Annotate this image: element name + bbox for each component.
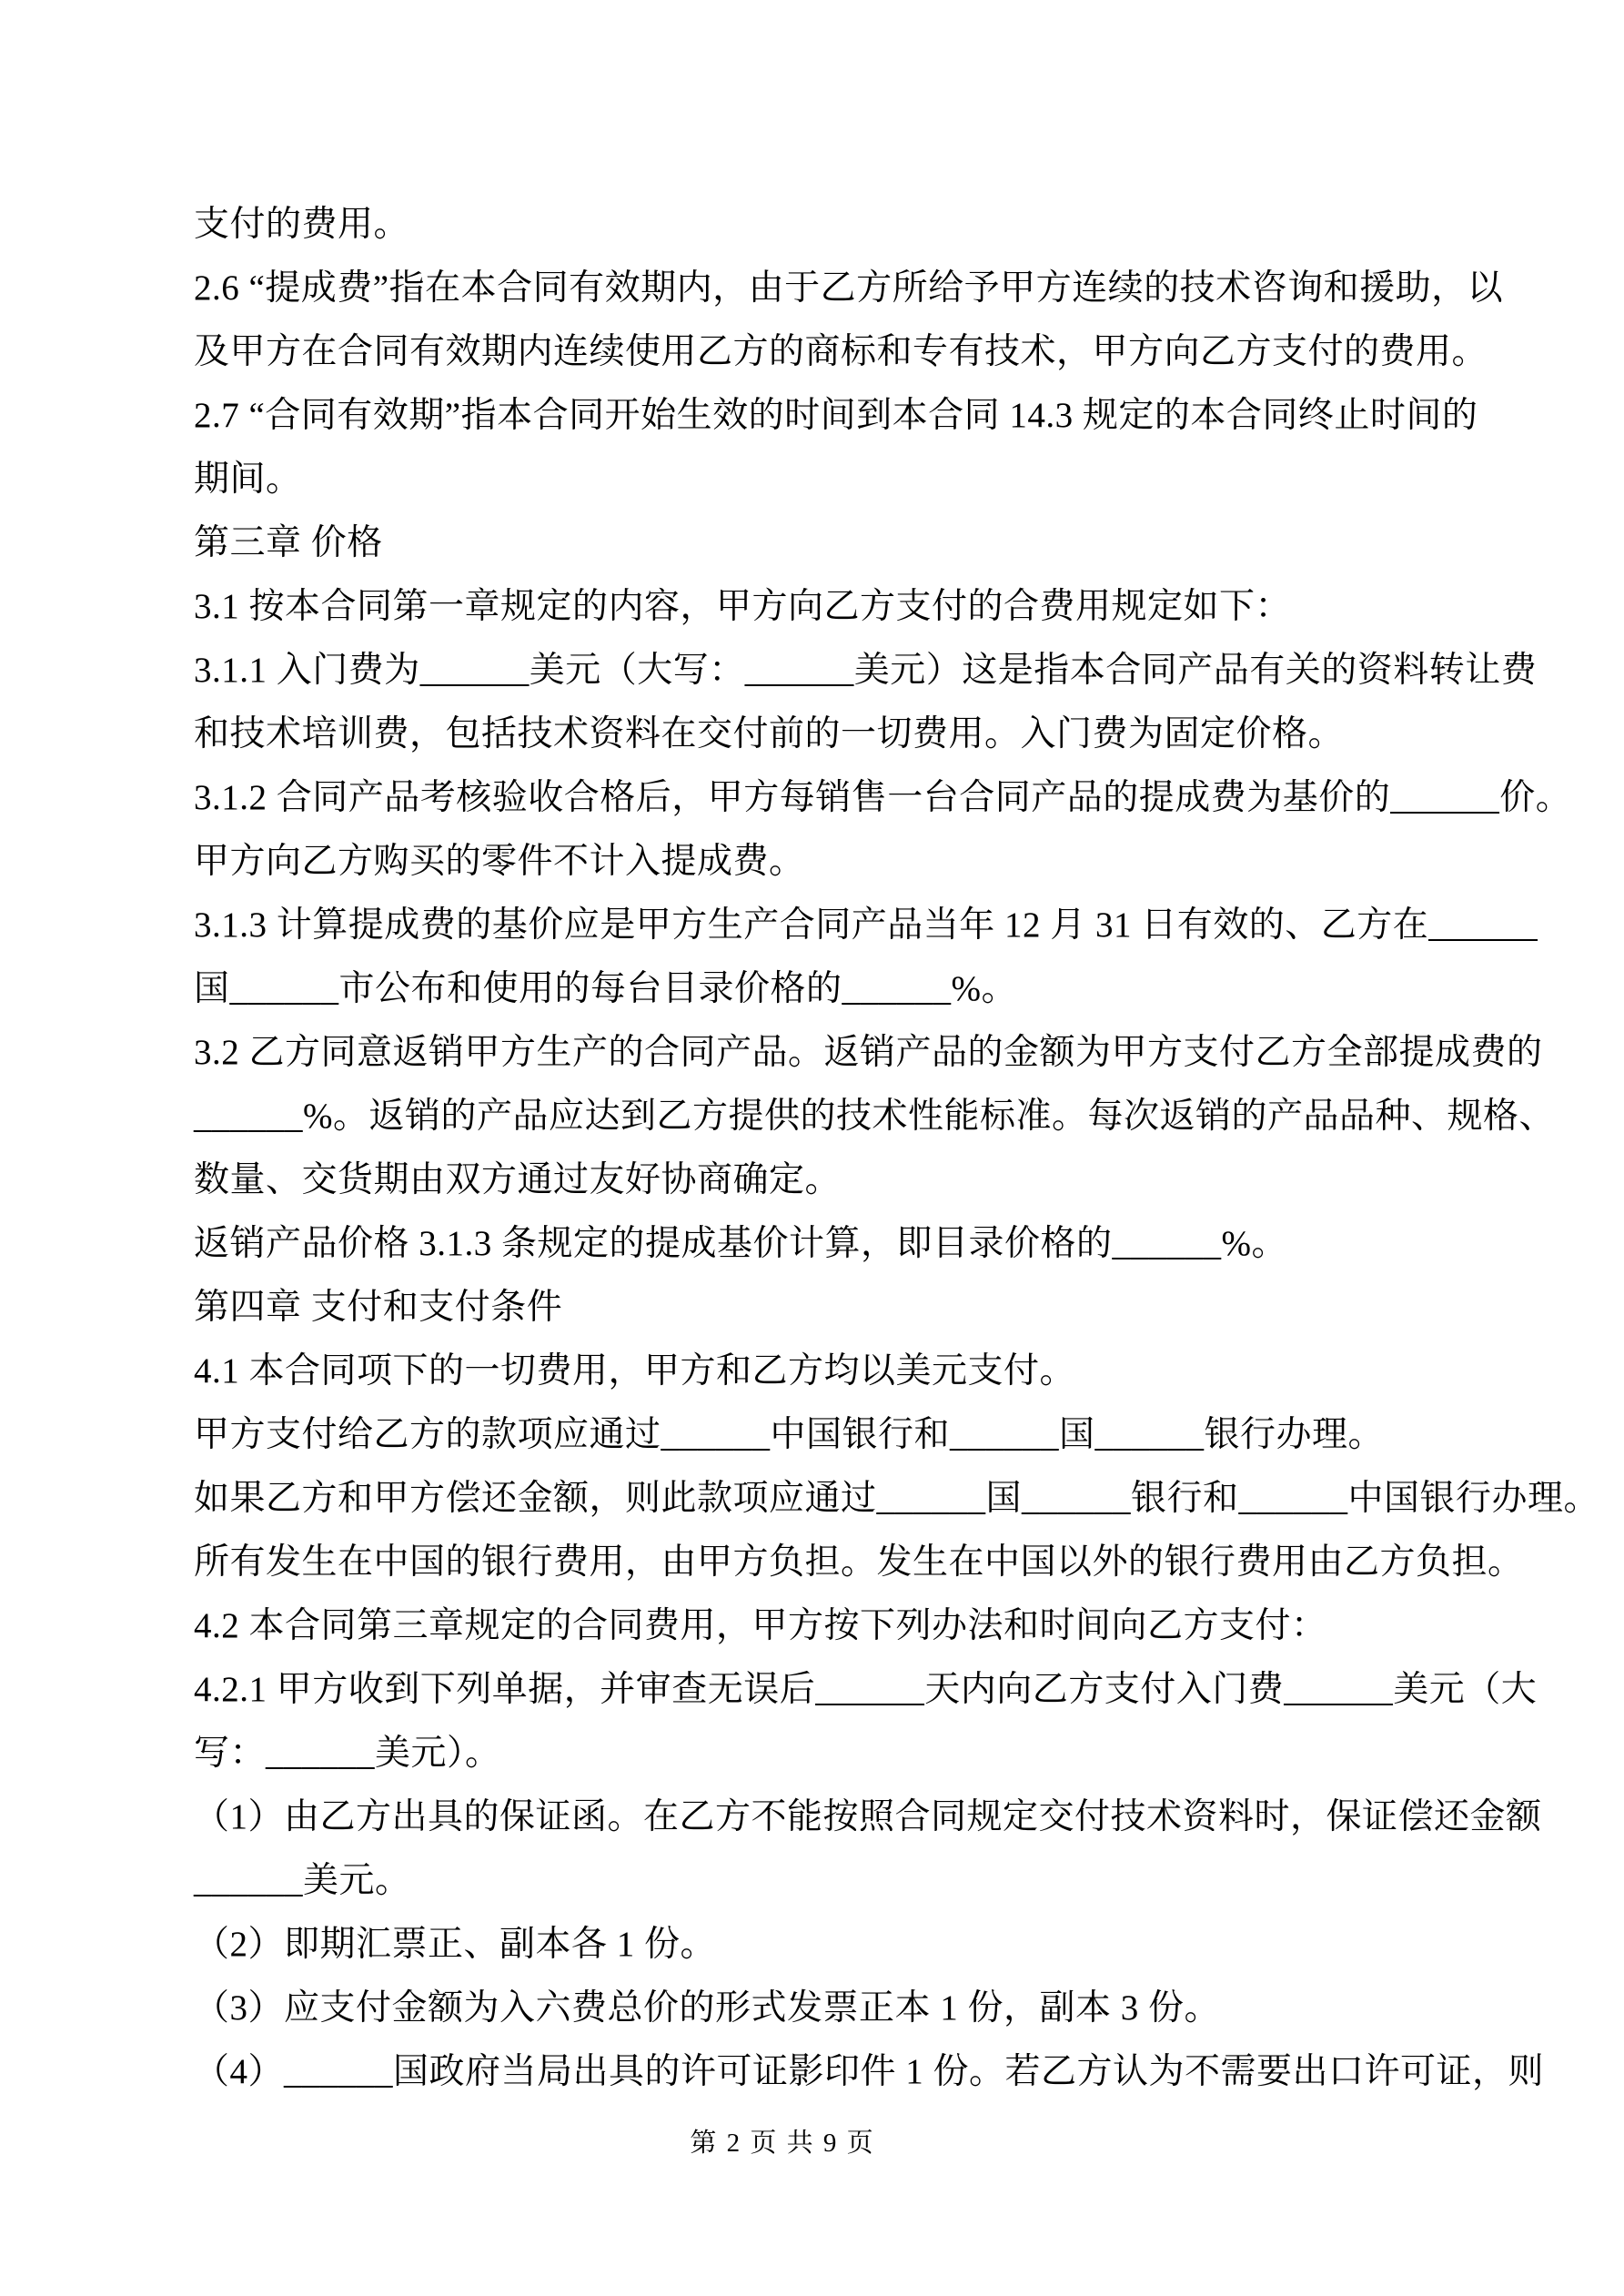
text-line: 及甲方在合同有效期内连续使用乙方的商标和专有技术，甲方向乙方支付的费用。 <box>194 320 1513 384</box>
clause-4-1: 4.1 本合同项下的一切费用，甲方和乙方均以美元支付。 <box>194 1340 1513 1403</box>
text-line: 数量、交货期由双方通过友好协商确定。 <box>194 1148 1513 1212</box>
clause-3-1-2: 3.1.2 合同产品考核验收合格后，甲方每销售一台合同产品的提成费为基价的___… <box>194 766 1513 830</box>
list-item-3: （3）应支付金额为入六费总价的形式发票正本 1 份，副本 3 份。 <box>194 1977 1513 2040</box>
chapter-4-heading: 第四章 支付和支付条件 <box>194 1276 1513 1340</box>
text-line: 返销产品价格 3.1.3 条规定的提成基价计算，即目录价格的______%。 <box>194 1212 1513 1276</box>
text-line: ______%。返销的产品应达到乙方提供的技术性能标准。每次返销的产品品种、规格… <box>194 1085 1513 1148</box>
text-line: 甲方向乙方购买的零件不计入提成费。 <box>194 830 1513 894</box>
clause-4-2-1: 4.2.1 甲方收到下列单据，并审查无误后______天内向乙方支付入门费___… <box>194 1658 1513 1722</box>
clause-3-2: 3.2 乙方同意返销甲方生产的合同产品。返销产品的金额为甲方支付乙方全部提成费的 <box>194 1021 1513 1085</box>
clause-3-1-3: 3.1.3 计算提成费的基价应是甲方生产合同产品当年 12 月 31 日有效的、… <box>194 894 1513 957</box>
text-line: 如果乙方和甲方偿还金额，则此款项应通过______国______银行和_____… <box>194 1467 1513 1531</box>
chapter-3-heading: 第三章 价格 <box>194 511 1513 575</box>
list-item-1: （1）由乙方出具的保证函。在乙方不能按照合同规定交付技术资料时，保证偿还金额 <box>194 1785 1513 1849</box>
text-line: 国______市公布和使用的每台目录价格的______%。 <box>194 957 1513 1021</box>
text-line: 支付的费用。 <box>194 193 1513 257</box>
text-line: 和技术培训费，包括技术资料在交付前的一切费用。入门费为固定价格。 <box>194 703 1513 766</box>
text-line: 期间。 <box>194 448 1513 511</box>
clause-4-2: 4.2 本合同第三章规定的合同费用，甲方按下列办法和时间向乙方支付： <box>194 1594 1513 1658</box>
text-line: ______美元。 <box>194 1849 1513 1913</box>
page-footer: 第 2 页 共 9 页 <box>0 2120 1565 2166</box>
text-line: 所有发生在中国的银行费用，由甲方负担。发生在中国以外的银行费用由乙方负担。 <box>194 1531 1513 1594</box>
clause-3-1-1: 3.1.1 入门费为______美元（大写：______美元）这是指本合同产品有… <box>194 639 1513 703</box>
contract-page: 支付的费用。 2.6 “提成费”指在本合同有效期内，由于乙方所给予甲方连续的技术… <box>0 0 1624 2296</box>
clause-2-6: 2.6 “提成费”指在本合同有效期内，由于乙方所给予甲方连续的技术咨询和援助，以 <box>194 257 1513 320</box>
document-body: 支付的费用。 2.6 “提成费”指在本合同有效期内，由于乙方所给予甲方连续的技术… <box>194 193 1513 2104</box>
clause-2-7: 2.7 “合同有效期”指本合同开始生效的时间到本合同 14.3 规定的本合同终止… <box>194 384 1513 448</box>
text-line: 写：______美元）。 <box>194 1722 1513 1785</box>
list-item-4: （4）______国政府当局出具的许可证影印件 1 份。若乙方认为不需要出口许可… <box>194 2040 1513 2104</box>
text-line: 甲方支付给乙方的款项应通过______中国银行和______国______银行办… <box>194 1403 1513 1467</box>
list-item-2: （2）即期汇票正、副本各 1 份。 <box>194 1913 1513 1977</box>
clause-3-1: 3.1 按本合同第一章规定的内容，甲方向乙方支付的合费用规定如下： <box>194 575 1513 639</box>
